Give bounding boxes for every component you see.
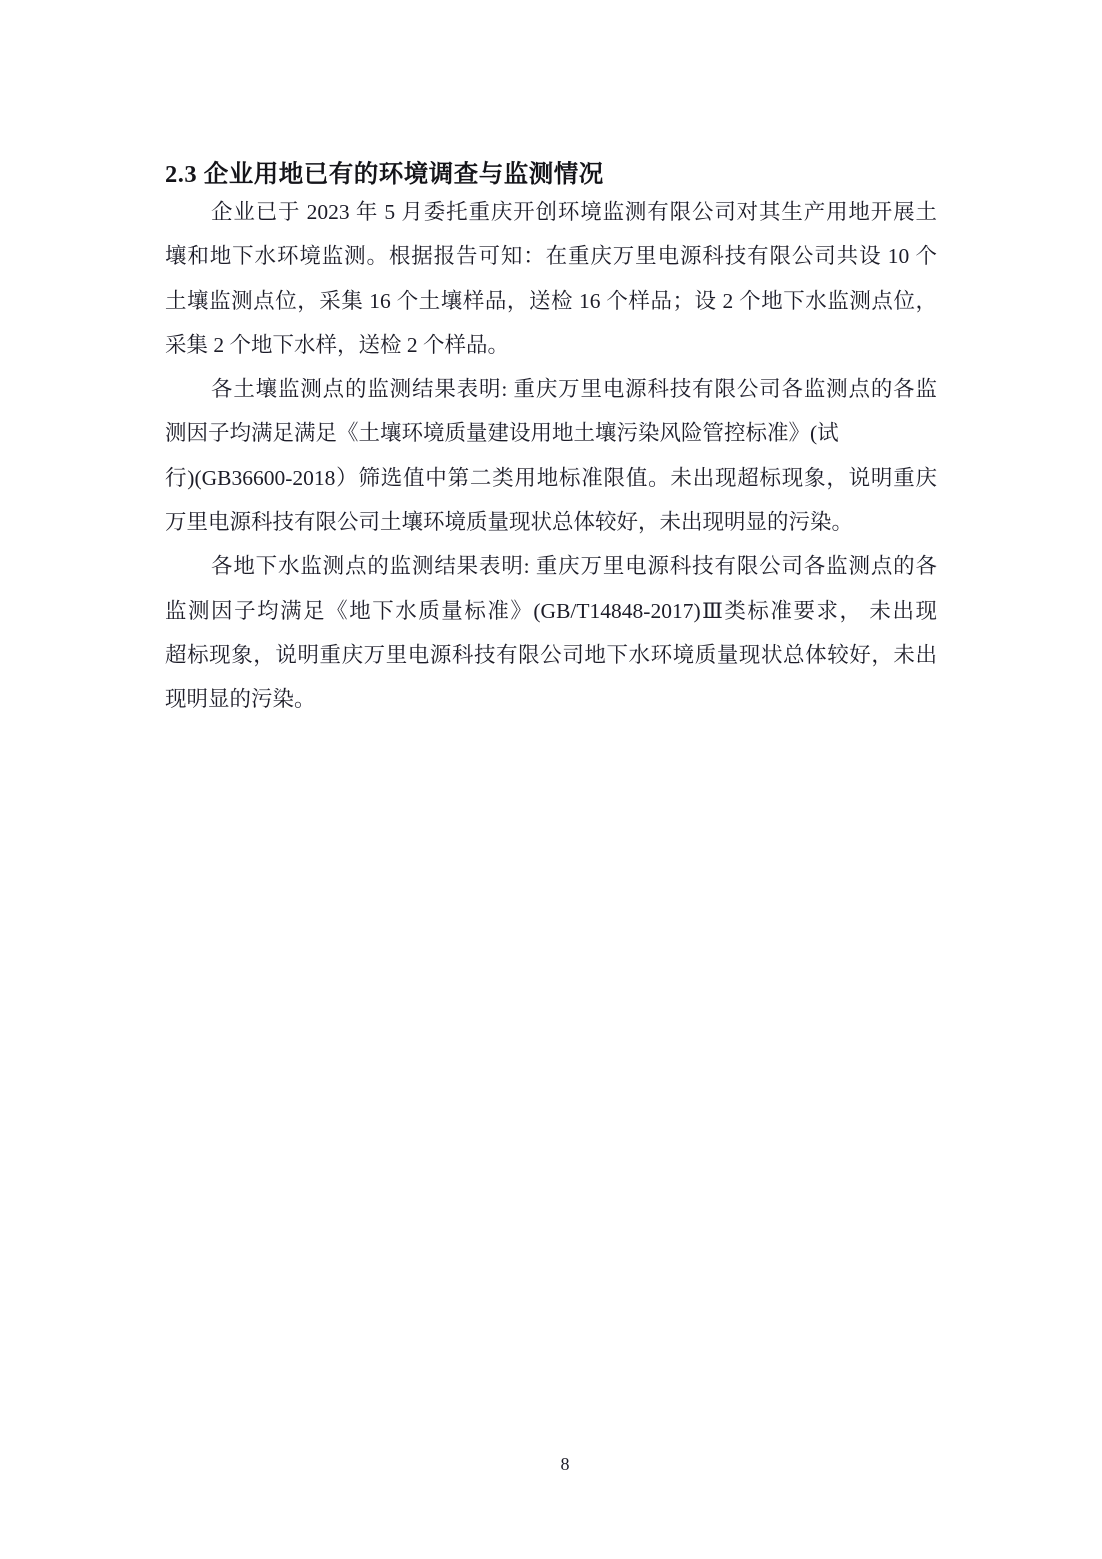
- body-line: 各地下水监测点的监测结果表明: 重庆万里电源科技有限公司各监测点的各: [165, 544, 937, 588]
- document-page: 2.3 企业用地已有的环境调查与监测情况 企业已于 2023 年 5 月委托重庆…: [0, 0, 1102, 1559]
- body-line: 行)(GB36600-2018）筛选值中第二类用地标准限值。未出现超标现象，说明…: [165, 456, 937, 500]
- body-line: 监测因子均满足《地下水质量标准》(GB/T14848-2017)Ⅲ类标准要求， …: [165, 589, 937, 633]
- section-heading: 2.3 企业用地已有的环境调查与监测情况: [165, 157, 945, 193]
- body-line: 壤和地下水环境监测。根据报告可知：在重庆万里电源科技有限公司共设 10 个: [165, 234, 937, 278]
- body-line: 各土壤监测点的监测结果表明: 重庆万里电源科技有限公司各监测点的各监: [165, 367, 937, 411]
- body-line: 采集 2 个地下水样，送检 2 个样品。: [165, 323, 937, 367]
- body-line: 测因子均满足满足《土壤环境质量建设用地土壤污染风险管控标准》(试: [165, 411, 937, 455]
- body-line: 超标现象，说明重庆万里电源科技有限公司地下水环境质量现状总体较好，未出: [165, 633, 937, 677]
- body-text-block: 企业已于 2023 年 5 月委托重庆开创环境监测有限公司对其生产用地开展土 壤…: [165, 190, 937, 722]
- body-line: 企业已于 2023 年 5 月委托重庆开创环境监测有限公司对其生产用地开展土: [165, 190, 937, 234]
- body-line: 万里电源科技有限公司土壤环境质量现状总体较好，未出现明显的污染。: [165, 500, 937, 544]
- body-line: 现明显的污染。: [165, 677, 937, 721]
- body-line: 土壤监测点位，采集 16 个土壤样品，送检 16 个样品；设 2 个地下水监测点…: [165, 279, 937, 323]
- page-number: 8: [561, 1454, 570, 1475]
